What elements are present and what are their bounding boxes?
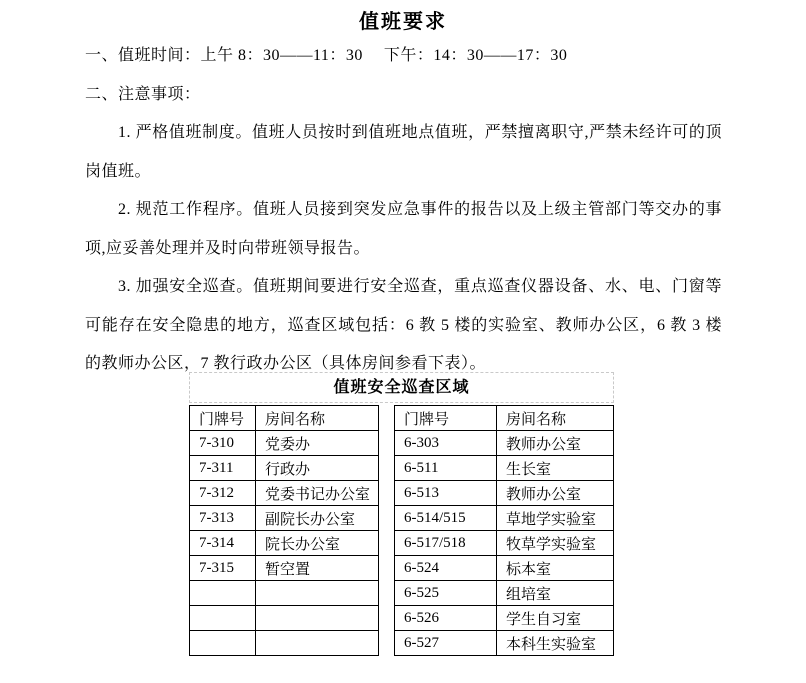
table-cell: 标本室 [497, 556, 614, 581]
table-cell: 草地学实验室 [497, 506, 614, 531]
duty-time-line: 一、值班时间：上午 8：30——11：30 下午：14：30——17：30 [85, 37, 722, 76]
inspection-area-panel: 值班安全巡查区域 门牌号 房间名称 7-310党委办7-311行政办7-312党… [189, 372, 614, 656]
room-table-right: 门牌号 房间名称 6-303教师办公室6-511生长室6-513教师办公室6-5… [394, 405, 614, 656]
table-cell: 教师办公室 [497, 481, 614, 506]
table-cell: 7-312 [190, 481, 256, 506]
table-cell: 行政办 [256, 456, 379, 481]
table-cell: 党委办 [256, 431, 379, 456]
table-row: 6-517/518牧草学实验室 [395, 531, 614, 556]
header-cell-door-number: 门牌号 [190, 406, 256, 431]
table-row: 6-514/515草地学实验室 [395, 506, 614, 531]
table-cell: 7-313 [190, 506, 256, 531]
table-cell: 6-511 [395, 456, 497, 481]
table-cell [256, 581, 379, 606]
table-cell [190, 581, 256, 606]
table-row [190, 631, 379, 656]
table-cell: 暂空置 [256, 556, 379, 581]
table-row: 7-313副院长办公室 [190, 506, 379, 531]
table-cell [190, 606, 256, 631]
note-paragraph-1: 1. 严格值班制度。值班人员按时到值班地点值班，严禁擅离职守,严禁未经许可的顶岗… [85, 114, 722, 191]
table-cell: 院长办公室 [256, 531, 379, 556]
document-page: 值班要求 一、值班时间：上午 8：30——11：30 下午：14：30——17：… [0, 0, 806, 683]
table-cell: 7-314 [190, 531, 256, 556]
document-body: 一、值班时间：上午 8：30——11：30 下午：14：30——17：30 二、… [85, 37, 722, 384]
table-cell: 本科生实验室 [497, 631, 614, 656]
header-cell-room-name: 房间名称 [497, 406, 614, 431]
table-row: 7-311行政办 [190, 456, 379, 481]
table-row: 6-513教师办公室 [395, 481, 614, 506]
room-table-left: 门牌号 房间名称 7-310党委办7-311行政办7-312党委书记办公室7-3… [189, 405, 379, 656]
header-cell-room-name: 房间名称 [256, 406, 379, 431]
room-table-right-body: 门牌号 房间名称 [395, 406, 614, 431]
table-cell: 7-315 [190, 556, 256, 581]
table-cell: 副院长办公室 [256, 506, 379, 531]
table-cell: 6-524 [395, 556, 497, 581]
table-row: 7-314院长办公室 [190, 531, 379, 556]
table-cell: 党委书记办公室 [256, 481, 379, 506]
table-cell: 6-527 [395, 631, 497, 656]
inspection-table-title: 值班安全巡查区域 [189, 372, 614, 403]
table-header-row: 门牌号 房间名称 [395, 406, 614, 431]
notes-heading-line: 二、注意事项： [85, 76, 722, 115]
room-table-left-body: 门牌号 房间名称 [190, 406, 379, 431]
inspection-tables-row: 门牌号 房间名称 7-310党委办7-311行政办7-312党委书记办公室7-3… [189, 405, 614, 656]
table-cell: 6-525 [395, 581, 497, 606]
table-row: 6-525组培室 [395, 581, 614, 606]
table-cell: 6-303 [395, 431, 497, 456]
table-row [190, 606, 379, 631]
table-header-row: 门牌号 房间名称 [190, 406, 379, 431]
table-row: 6-526学生自习室 [395, 606, 614, 631]
table-cell: 学生自习室 [497, 606, 614, 631]
table-cell [256, 606, 379, 631]
header-cell-door-number: 门牌号 [395, 406, 497, 431]
table-cell [190, 631, 256, 656]
table-cell: 生长室 [497, 456, 614, 481]
table-cell: 6-517/518 [395, 531, 497, 556]
table-row: 7-310党委办 [190, 431, 379, 456]
table-row: 7-315暂空置 [190, 556, 379, 581]
table-cell [256, 631, 379, 656]
note-paragraph-3: 3. 加强安全巡查。值班期间要进行安全巡查，重点巡查仪器设备、水、电、门窗等可能… [85, 268, 722, 384]
table-cell: 7-311 [190, 456, 256, 481]
table-cell: 6-526 [395, 606, 497, 631]
table-cell: 6-514/515 [395, 506, 497, 531]
page-title: 值班要求 [0, 5, 806, 34]
table-row [190, 581, 379, 606]
room-table-right-rows: 6-303教师办公室6-511生长室6-513教师办公室6-514/515草地学… [395, 431, 614, 656]
table-row: 6-303教师办公室 [395, 431, 614, 456]
table-cell: 6-513 [395, 481, 497, 506]
table-row: 6-527本科生实验室 [395, 631, 614, 656]
table-cell: 组培室 [497, 581, 614, 606]
table-row: 7-312党委书记办公室 [190, 481, 379, 506]
table-row: 6-524标本室 [395, 556, 614, 581]
table-cell: 教师办公室 [497, 431, 614, 456]
note-paragraph-2: 2. 规范工作程序。值班人员接到突发应急事件的报告以及上级主管部门等交办的事项,… [85, 191, 722, 268]
table-cell: 牧草学实验室 [497, 531, 614, 556]
table-cell: 7-310 [190, 431, 256, 456]
room-table-left-rows: 7-310党委办7-311行政办7-312党委书记办公室7-313副院长办公室7… [190, 431, 379, 656]
table-row: 6-511生长室 [395, 456, 614, 481]
